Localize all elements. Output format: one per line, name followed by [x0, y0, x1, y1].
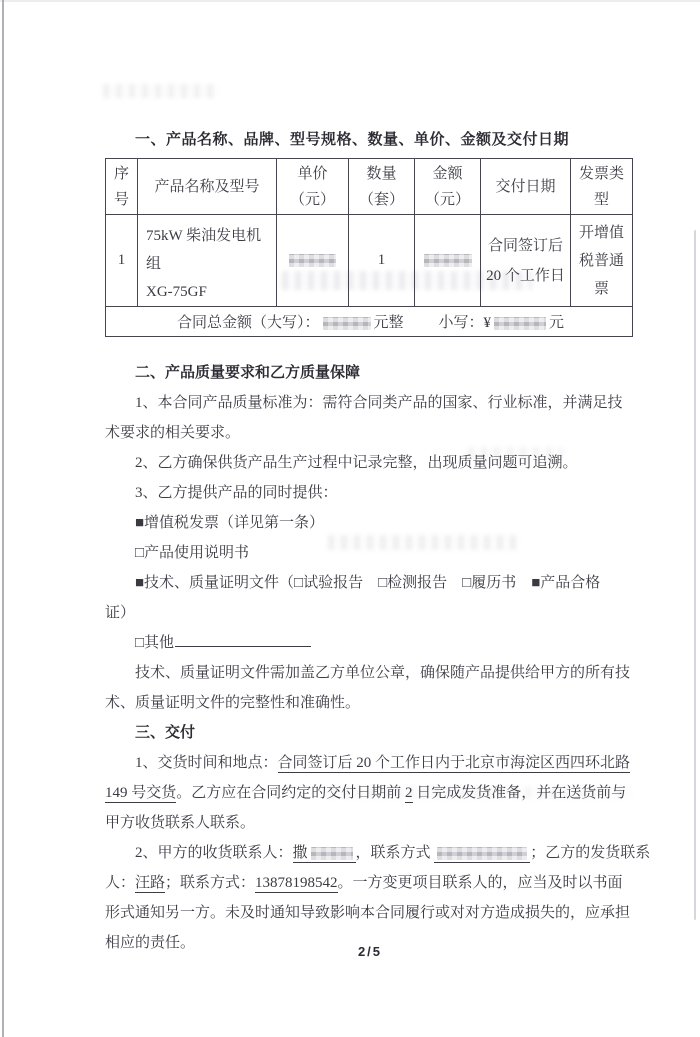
cell-delivery-date: 合同签订后 20 个工作日	[481, 215, 571, 307]
clause-3-1-mid: 。乙方应在合同约定的交付日期前	[176, 785, 405, 801]
col-header-invoice-type: 发票类型	[571, 159, 633, 215]
checklist-manual: □产品使用说明书	[105, 538, 645, 568]
col-header-unit-price: 单价 （元）	[277, 159, 349, 215]
col-header-product: 产品名称及型号	[138, 159, 277, 215]
section-3-title: 三、交付	[105, 718, 645, 748]
total-daxie-suffix: 元整	[374, 315, 404, 331]
clause-3-1-prefix: 1、交货时间和地点：	[135, 755, 278, 771]
scan-edge-right	[694, 230, 696, 920]
header-line: （元）	[415, 187, 480, 213]
header-line: 单价	[277, 161, 348, 187]
header-line: （元）	[277, 187, 348, 213]
clause-2-1-line2: 术要求的相关要求。	[105, 418, 645, 448]
total-daxie-label: 合同总金额（大写）：	[177, 315, 320, 331]
clause-2-2: 2、乙方确保供货产品生产过程中记录完整，出现质量问题可追溯。	[105, 448, 645, 478]
total-amount-cell: 合同总金额（大写）：元整小写：¥元	[106, 307, 633, 337]
contract-body-text: 二、产品质量要求和乙方质量保障 1、本合同产品质量标准为：需符合同类产品的国家、…	[105, 358, 645, 958]
redacted-total-xiaoxie	[494, 317, 546, 330]
clause-3-1-tail: 日完成发货准备，并在送货前与	[413, 785, 627, 801]
cell-row-no: 1	[106, 215, 138, 307]
clause-3-2-line2-a: 人：	[105, 875, 135, 891]
seller-contact-phone: 13878198542	[255, 875, 338, 893]
clause-3-2-line1: 2、甲方的收货联系人：撒，联系方式 ；乙方的发货联系	[105, 838, 645, 868]
redacted-amount	[424, 254, 472, 267]
product-table: 序号 产品名称及型号 单价 （元） 数量 （套） 金额 （元） 交付日期 发票类…	[105, 158, 633, 337]
invoice-type-value: 开增值税普通票	[578, 219, 626, 303]
table-header-row: 序号 产品名称及型号 单价 （元） 数量 （套） 金额 （元） 交付日期 发票类…	[106, 159, 633, 215]
cell-amount	[415, 215, 481, 307]
clause-3-2-line2: 人：汪路；联系方式：13878198542。一方变更项目联系人的，应当及时以书面	[105, 868, 645, 898]
clause-3-1-line2: 149 号交货。乙方应在合同约定的交付日期前 2 日完成发货准备，并在送货前与	[105, 778, 645, 808]
clause-3-2-mid: ，联系方式	[356, 845, 435, 861]
col-header-no-label: 序号	[113, 161, 130, 213]
scan-edge-left	[2, 0, 4, 1037]
clause-3-2-tail: ；乙方的发货联系	[530, 845, 650, 861]
section-1-title: 一、产品名称、品牌、型号规格、数量、单价、金额及交付日期	[135, 130, 569, 150]
clause-3-2-prefix: 2、甲方的收货联系人：	[135, 845, 293, 861]
col-header-no: 序号	[106, 159, 138, 215]
checklist-quality-docs-line2: 证）	[105, 598, 645, 628]
section-2-title: 二、产品质量要求和乙方质量保障	[105, 358, 645, 388]
redacted-total-daxie	[323, 317, 371, 330]
checklist-other: □其他	[105, 628, 645, 658]
clause-3-1-line1: 1、交货时间和地点：合同签订后 20 个工作日内于北京市海淀区西四环北路	[105, 748, 645, 778]
product-model: XG-75GF	[146, 278, 276, 306]
seller-contact-name: 汪路	[135, 875, 165, 893]
header-line: 金额	[415, 161, 480, 187]
header-line: 数量	[349, 161, 414, 187]
fill-in-blank	[175, 634, 311, 647]
delivery-line: 20 个工作日	[481, 261, 570, 291]
buyer-contact-name: 撒	[293, 845, 308, 861]
prep-days-underlined: 2	[405, 785, 413, 803]
clause-3-2-line2-c: 。一方变更项目联系人的，应当及时以书面	[338, 875, 623, 891]
col-header-quantity: 数量 （套）	[349, 159, 415, 215]
cell-product-name-model: 75kW 柴油发电机组 XG-75GF	[138, 215, 277, 307]
clause-2-seal-line1: 技术、质量证明文件需加盖乙方单位公章，确保随产品提供给甲方的所有技	[105, 658, 645, 688]
clause-3-2-line3: 形式通知另一方。未及时通知导致影响本合同履行或对对方造成损失的，应承担	[105, 898, 645, 928]
product-name: 75kW 柴油发电机组	[146, 222, 276, 278]
delivery-terms-underlined: 合同签订后 20 个工作日内于北京市海淀区西四环北路	[278, 755, 631, 773]
table-data-row: 1 75kW 柴油发电机组 XG-75GF 1 合同签订后 20 个工作日 开增…	[106, 215, 633, 307]
delivery-line: 合同签订后	[481, 231, 570, 261]
scan-edge-top	[0, 0, 700, 2]
delivery-address-underlined: 149 号交货	[105, 785, 176, 803]
header-line: （套）	[349, 187, 414, 213]
cell-invoice-type: 开增值税普通票	[571, 215, 633, 307]
checklist-other-label: □其他	[135, 635, 174, 651]
redacted-buyer-name	[311, 847, 353, 860]
col-header-delivery-date: 交付日期	[481, 159, 571, 215]
checklist-vat-invoice: ■增值税发票（详见第一条）	[105, 508, 645, 538]
clause-2-3: 3、乙方提供产品的同时提供：	[105, 478, 645, 508]
redacted-unit-price	[289, 254, 336, 267]
clause-3-1-line3: 甲方收货联系人联系。	[105, 808, 645, 838]
col-header-amount: 金额 （元）	[415, 159, 481, 215]
page-number: 2/5	[105, 944, 635, 959]
cell-quantity: 1	[349, 215, 415, 307]
redacted-buyer-phone-wrap	[434, 845, 530, 863]
redacted-buyer-phone	[437, 847, 527, 860]
buyer-contact-underlined: 撒	[293, 845, 356, 863]
clause-2-seal-line2: 术、质量证明文件的完整性和准确性。	[105, 688, 645, 718]
total-xiaoxie-label: 小写：¥	[439, 315, 492, 331]
col-header-invoice-label: 发票类型	[578, 161, 626, 213]
clause-2-1-line1: 1、本合同产品质量标准为：需符合同类产品的国家、行业标准，并满足技	[105, 388, 645, 418]
clause-3-2-line2-b: ；联系方式：	[165, 875, 255, 891]
table-total-row: 合同总金额（大写）：元整小写：¥元	[106, 307, 633, 337]
bleed-through-smudge	[103, 84, 218, 98]
cell-unit-price	[277, 215, 349, 307]
checklist-quality-docs-line1: ■技术、质量证明文件（□试验报告 □检测报告 □履历书 ■产品合格	[105, 568, 645, 598]
total-xiaoxie-suffix: 元	[549, 315, 564, 331]
scanned-contract-page: 一、产品名称、品牌、型号规格、数量、单价、金额及交付日期 序号 产品名称及型号 …	[0, 0, 700, 1037]
